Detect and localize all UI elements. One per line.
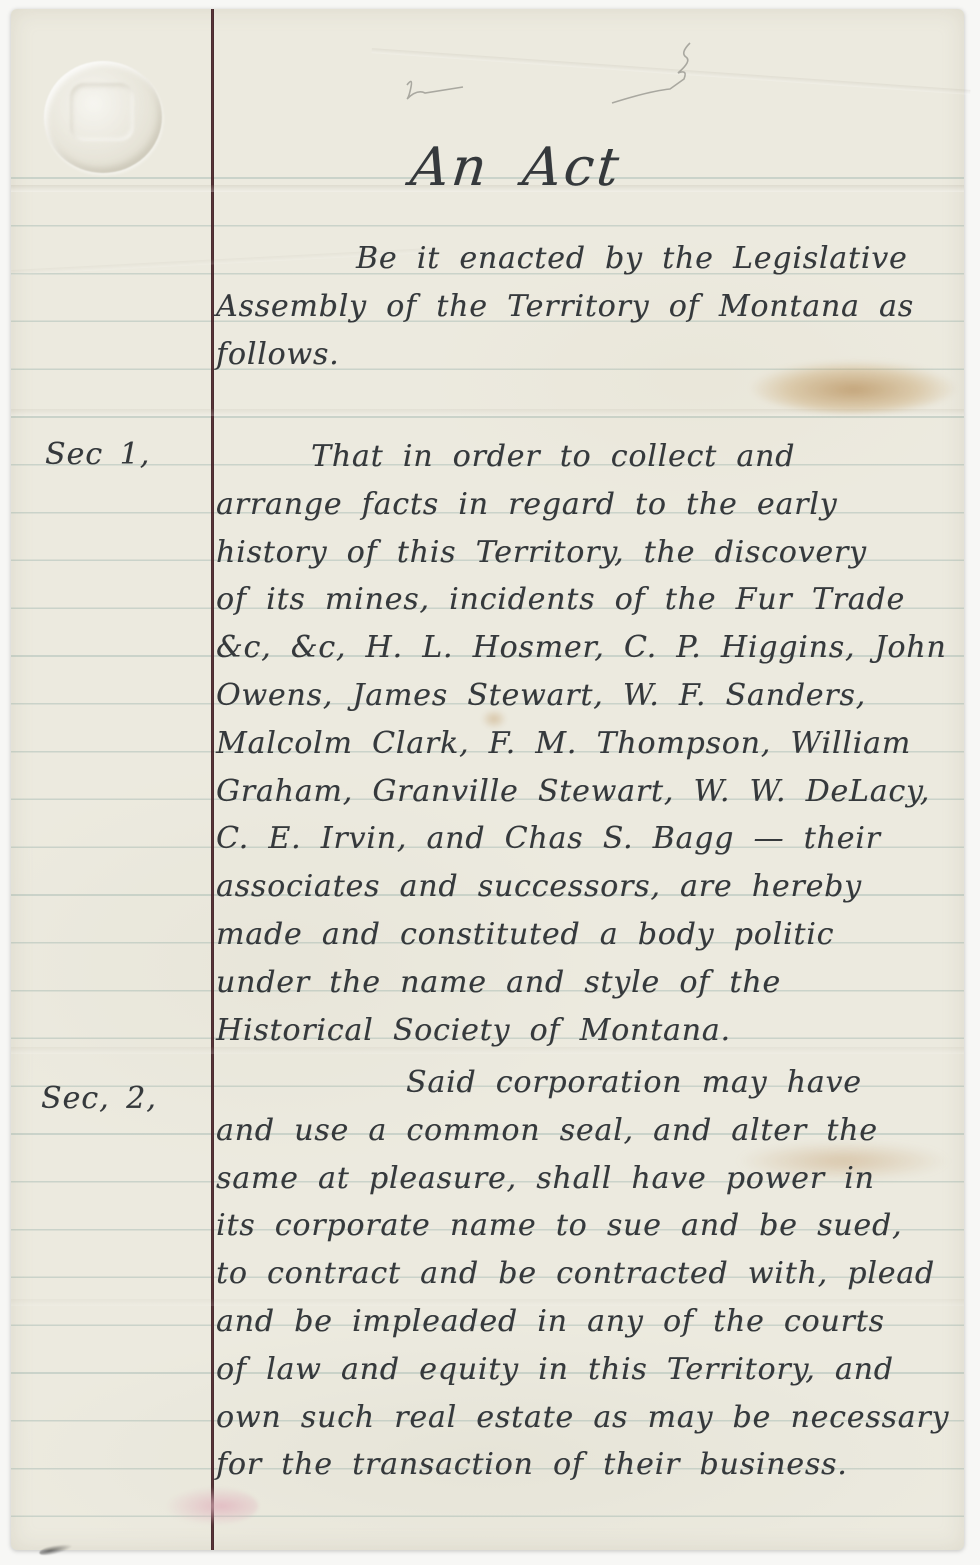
manuscript-line: C. E. Irvin, and Chas S. Bagg — their <box>216 815 947 863</box>
manuscript-line: under the name and style of the <box>216 959 947 1007</box>
manuscript-line: its corporate name to sue and be sued, <box>216 1202 949 1250</box>
manuscript-line: arrange facts in regard to the early <box>216 481 947 529</box>
stray-ink-mark <box>606 37 696 105</box>
manuscript-line: Malcolm Clark, F. M. Thompson, William <box>216 720 947 768</box>
stray-ink-mark <box>401 71 471 107</box>
manuscript-line: Assembly of the Territory of Montana as <box>216 283 914 331</box>
manuscript-line: That in order to collect and <box>216 433 947 481</box>
manuscript-line: Said corporation may have <box>216 1059 949 1107</box>
manuscript-line: of law and equity in this Territory, and <box>216 1346 949 1394</box>
section-1-body: That in order to collect and arrange fac… <box>216 433 947 1054</box>
embossed-seal-crest <box>70 83 134 141</box>
section-2-body: Said corporation may have and use a comm… <box>216 1059 949 1489</box>
manuscript-line: follows. <box>216 331 914 379</box>
manuscript-page: An Act Be it enacted by the Legislative … <box>11 9 964 1550</box>
document-title: An Act <box>213 137 819 198</box>
manuscript-line: Be it enacted by the Legislative <box>216 235 914 283</box>
manuscript-line: of its mines, incidents of the Fur Trade <box>216 576 947 624</box>
red-margin-rule <box>211 9 214 1550</box>
manuscript-line: made and constituted a body politic <box>216 911 947 959</box>
ink-speck <box>38 1542 73 1558</box>
photograph-background: An Act Be it enacted by the Legislative … <box>0 0 980 1565</box>
enacting-clause: Be it enacted by the Legislative Assembl… <box>216 235 914 378</box>
manuscript-line: Owens, James Stewart, W. F. Sanders, <box>216 672 947 720</box>
embossed-seal <box>44 61 162 173</box>
manuscript-line: associates and successors, are hereby <box>216 863 947 911</box>
manuscript-line: same at pleasure, shall have power in <box>216 1155 949 1203</box>
manuscript-line: Historical Society of Montana. <box>216 1007 947 1055</box>
manuscript-line: and be impleaded in any of the courts <box>216 1298 949 1346</box>
fold-crease <box>11 409 964 416</box>
manuscript-line: for the transaction of their business. <box>216 1441 949 1489</box>
manuscript-line: &c, &c, H. L. Hosmer, C. P. Higgins, Joh… <box>216 624 947 672</box>
manuscript-line: history of this Territory, the discovery <box>216 529 947 577</box>
manuscript-line: to contract and be contracted with, plea… <box>216 1250 949 1298</box>
manuscript-line: own such real estate as may be necessary <box>216 1394 949 1442</box>
manuscript-line: Graham, Granville Stewart, W. W. DeLacy, <box>216 768 947 816</box>
manuscript-line: and use a common seal, and alter the <box>216 1107 949 1155</box>
diagonal-crease <box>372 48 971 95</box>
section-1-label: Sec 1, <box>45 437 150 472</box>
section-2-label: Sec, 2, <box>41 1081 157 1116</box>
